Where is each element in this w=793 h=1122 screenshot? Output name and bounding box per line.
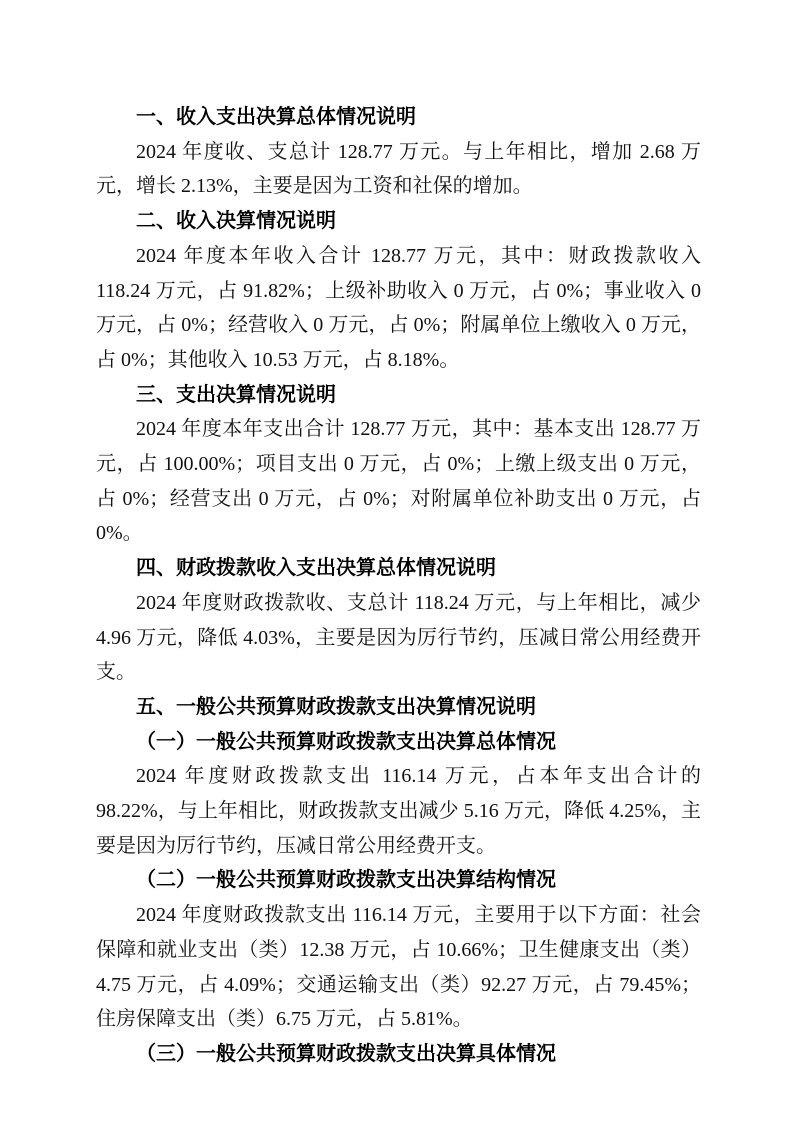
section-1-heading: 一、收入支出决算总体情况说明 [96,100,701,135]
section-5-paragraph-1: 2024 年度财政拨款支出 116.14 万元，占本年支出合计的 98.22%，… [96,759,701,863]
section-4-paragraph: 2024 年度财政拨款收、支总计 118.24 万元，与上年相比，减少 4.96… [96,586,701,690]
section-2-heading: 二、收入决算情况说明 [96,204,701,239]
section-5-heading: 五、一般公共预算财政拨款支出决算情况说明 [96,690,701,725]
section-1-paragraph: 2024 年度收、支总计 128.77 万元。与上年相比，增加 2.68 万元，… [96,135,701,204]
section-4-heading: 四、财政拨款收入支出决算总体情况说明 [96,551,701,586]
section-3-paragraph: 2024 年度本年支出合计 128.77 万元，其中：基本支出 128.77 万… [96,412,701,551]
section-2-paragraph: 2024 年度本年收入合计 128.77 万元，其中：财政拨款收入 118.24… [96,239,701,378]
section-5-subheading-3: （三）一般公共预算财政拨款支出决算具体情况 [96,1037,701,1072]
document-page: 一、收入支出决算总体情况说明 2024 年度收、支总计 128.77 万元。与上… [0,0,793,1122]
section-5-subheading-2: （二）一般公共预算财政拨款支出决算结构情况 [96,863,701,898]
section-5-subheading-1: （一）一般公共预算财政拨款支出决算总体情况 [96,725,701,760]
document-content: 一、收入支出决算总体情况说明 2024 年度收、支总计 128.77 万元。与上… [96,100,701,1072]
section-5-paragraph-2: 2024 年度财政拨款支出 116.14 万元，主要用于以下方面：社会保障和就业… [96,898,701,1037]
section-3-heading: 三、支出决算情况说明 [96,378,701,413]
